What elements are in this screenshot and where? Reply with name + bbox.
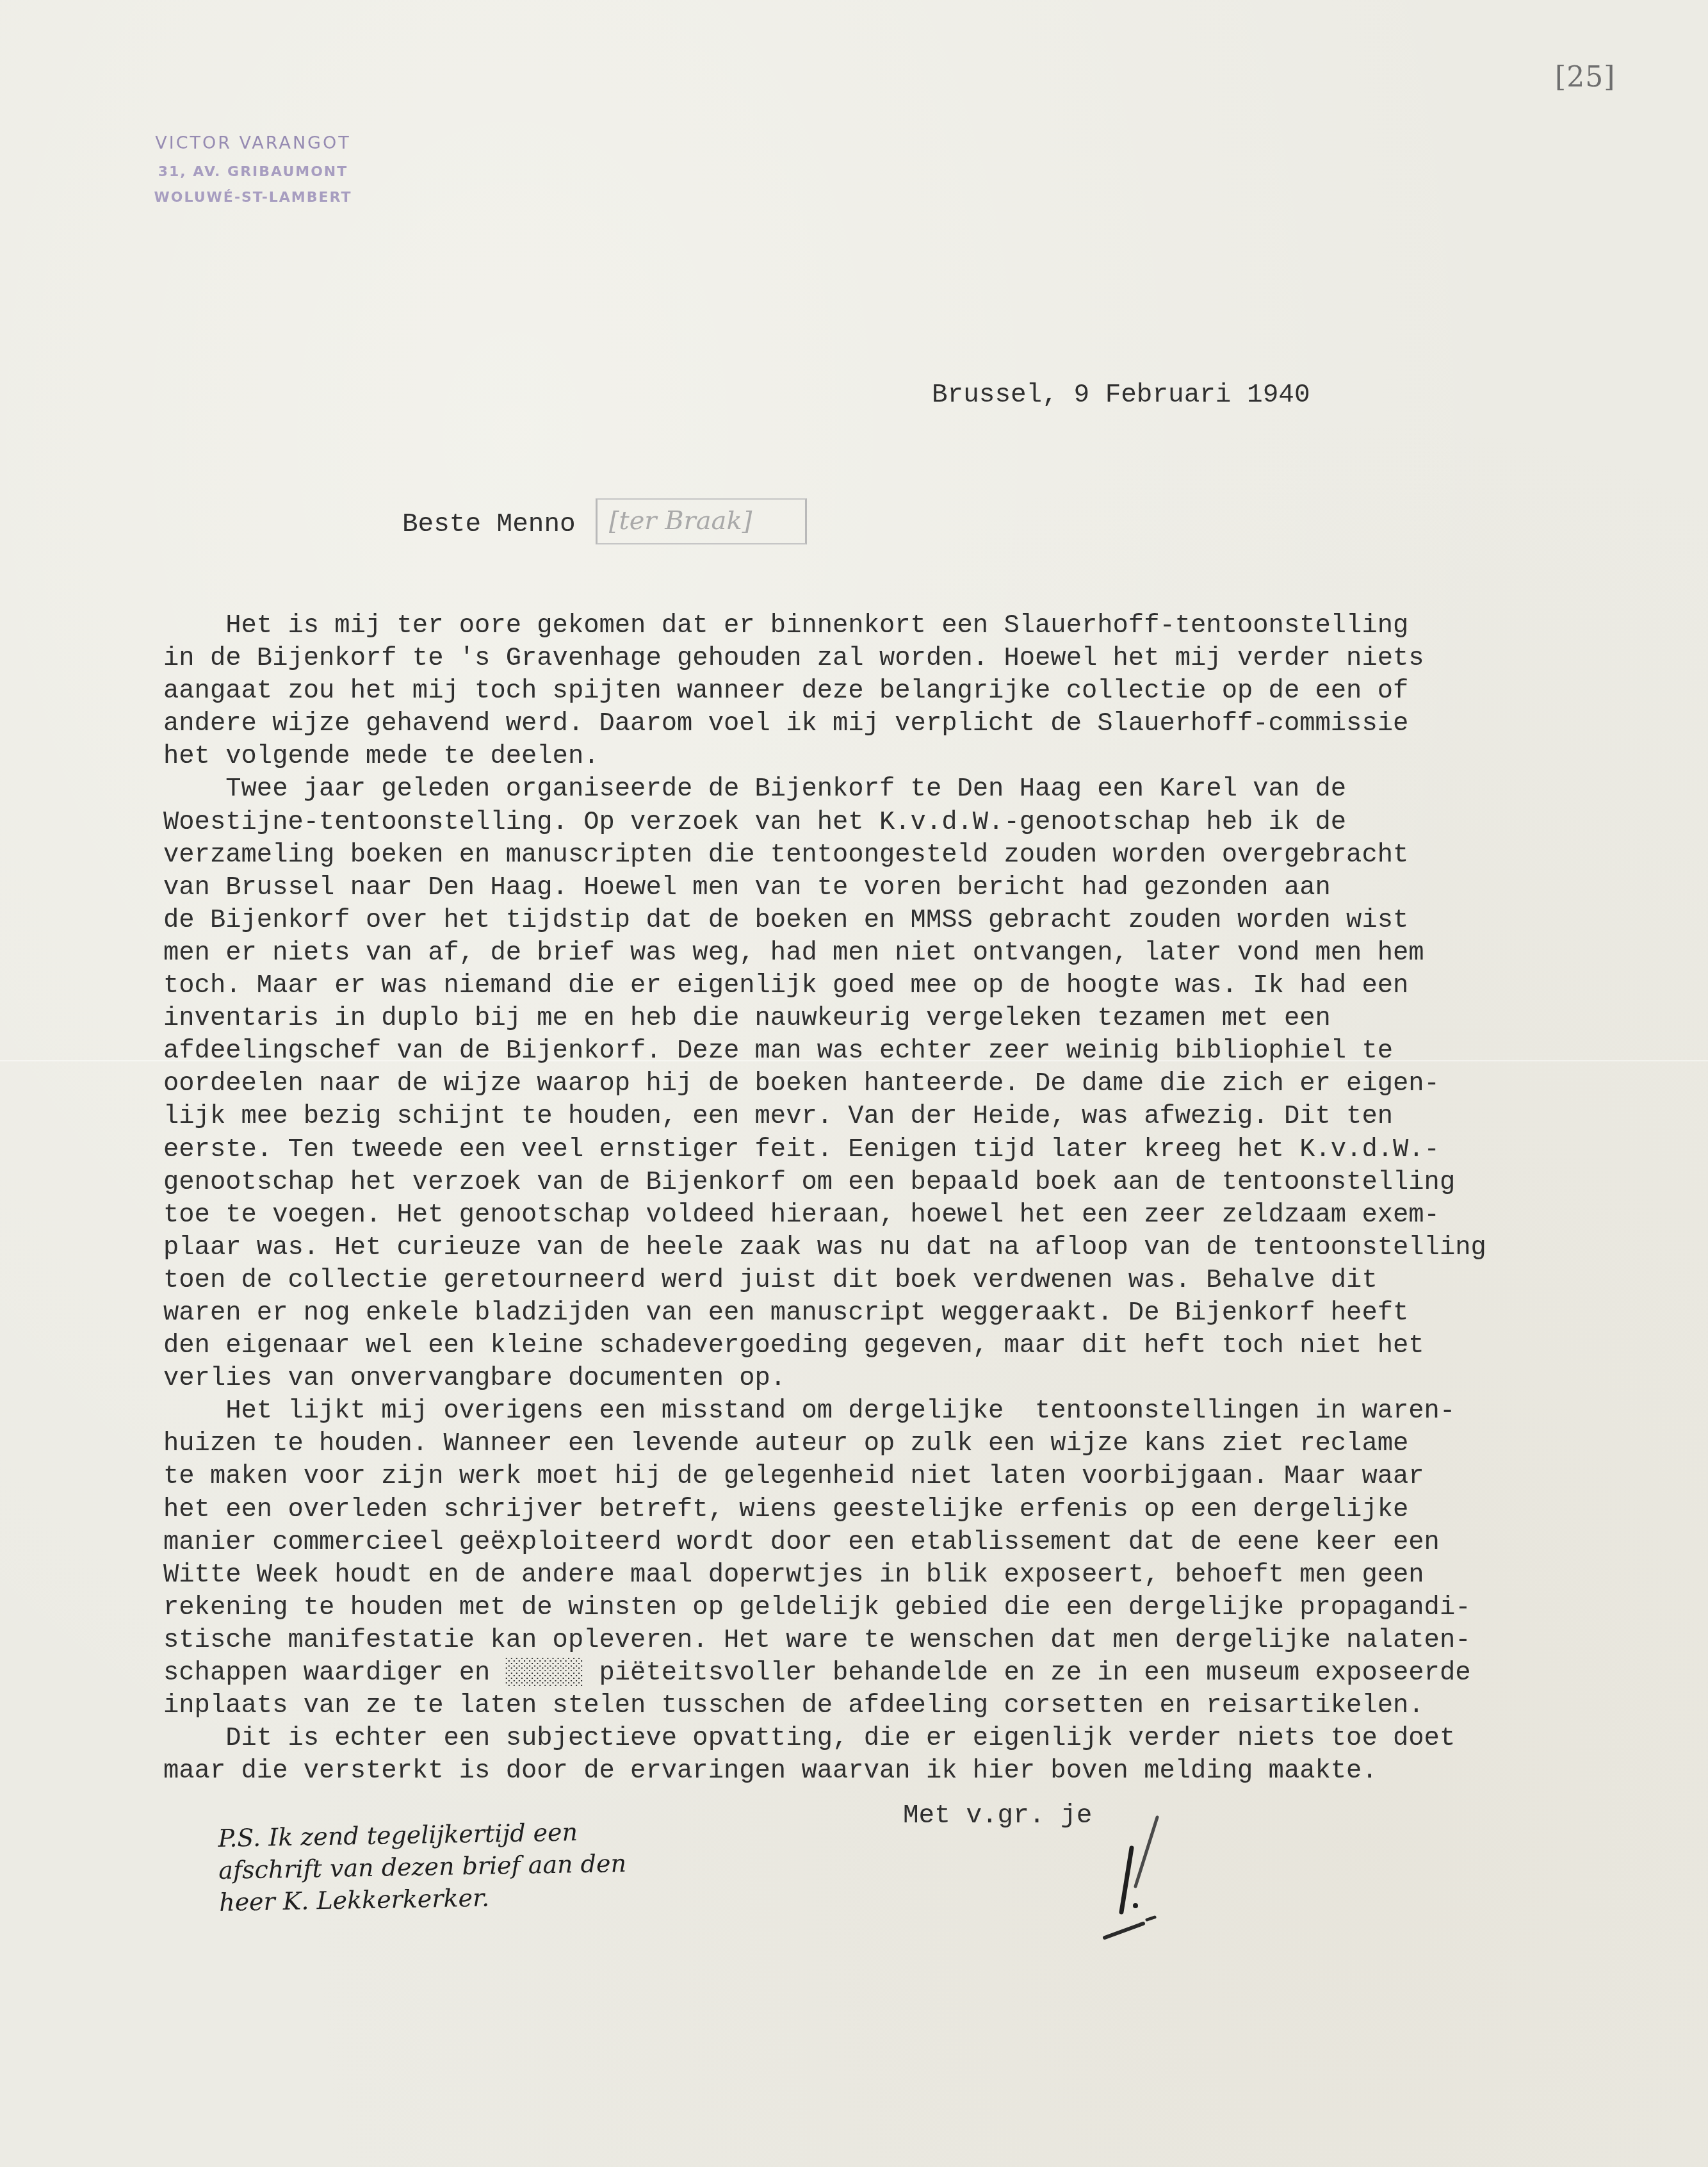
letterhead-address-2: WOLUWÉ-ST-LAMBERT [138,185,368,211]
body-line: inplaats van ze te laten stelen tusschen… [163,1690,1486,1722]
body-line: lijk mee bezig schijnt te houden, een me… [163,1100,1486,1133]
pencil-annotation: [ter Braak] [596,498,807,544]
body-line: het volgende mede te deelen. [163,740,1486,773]
body-line: inventaris in duplo bij me en heb die na… [163,1002,1486,1035]
letterhead-address-1: 31, AV. GRIBAUMONT [138,159,368,185]
body-line: toch. Maar er was niemand die er eigenli… [163,970,1486,1002]
postscript-line: heer K. Lekkerkerker. [219,1879,627,1918]
letterhead-stamp: VICTOR VARANGOT 31, AV. GRIBAUMONT WOLUW… [138,133,368,211]
body-line: het een overleden schrijver betreft, wie… [163,1494,1486,1526]
handwritten-postscript: P.S. Ik zend tegelijkertijd een afschrif… [218,1815,627,1918]
body-line: Het lijkt mij overigens een misstand om … [163,1395,1486,1428]
body-line: plaar was. Het curieuze van de heele zaa… [163,1232,1486,1264]
letterhead-name: VICTOR VARANGOT [138,133,368,153]
body-line: genootschap het verzoek van de Bijenkorf… [163,1166,1486,1199]
signature-mark-icon [1098,1810,1175,1944]
body-line: Woestijne-tentoonstelling. Op verzoek va… [163,806,1486,839]
body-line: aangaat zou het mij toch spijten wanneer… [163,675,1486,708]
body-line: manier commercieel geëxploiteerd wordt d… [163,1526,1486,1559]
body-line: toen de collectie geretourneerd werd jui… [163,1264,1486,1297]
body-line: toe te voegen. Het genootschap voldeed h… [163,1199,1486,1232]
body-line: huizen te houden. Wanneer een levende au… [163,1428,1486,1460]
body-line: Het is mij ter oore gekomen dat er binne… [163,610,1486,642]
salutation: Beste Menno [402,510,576,539]
body-line: Dit is echter een subjectieve opvatting,… [163,1722,1486,1755]
body-line: de Bijenkorf over het tijdstip dat de bo… [163,904,1486,937]
body-line: rekening te houden met de winsten op gel… [163,1592,1486,1624]
letter-body: Het is mij ter oore gekomen dat er binne… [163,610,1486,1788]
archive-number: [25] [1555,61,1615,94]
body-line: oordeelen naar de wijze waarop hij de bo… [163,1068,1486,1100]
body-line: Twee jaar geleden organiseerde de Bijenk… [163,773,1486,806]
body-line: afdeelingschef van de Bijenkorf. Deze ma… [163,1035,1486,1068]
body-line: eerste. Ten tweede een veel ernstiger fe… [163,1134,1486,1166]
body-line: maar die versterkt is door de ervaringen… [163,1755,1486,1788]
body-line: van Brussel naar Den Haag. Hoewel men va… [163,872,1486,904]
body-line: schappen waardiger en ░░░░░ piëteitsvoll… [163,1657,1486,1690]
closing: Met v.gr. je [903,1801,1092,1831]
pencil-annotation-text: [ter Braak] [609,506,752,536]
body-line: men er niets van af, de brief was weg, h… [163,937,1486,970]
body-line: te maken voor zijn werk moet hij de gele… [163,1460,1486,1493]
body-line: waren er nog enkele bladzijden van een m… [163,1297,1486,1330]
body-line: stische manifestatie kan opleveren. Het … [163,1624,1486,1657]
body-line: verzameling boeken en manuscripten die t… [163,839,1486,872]
body-line: in de Bijenkorf te 's Gravenhage gehoude… [163,642,1486,675]
letter-page: [25] VICTOR VARANGOT 31, AV. GRIBAUMONT … [0,0,1708,2167]
body-line: verlies van onvervangbare documenten op. [163,1362,1486,1395]
body-line: Witte Week houdt en de andere maal doper… [163,1559,1486,1592]
date-line: Brussel, 9 Februari 1940 [932,380,1310,410]
body-line: andere wijze gehavend werd. Daarom voel … [163,708,1486,740]
body-line: den eigenaar wel een kleine schadevergoe… [163,1330,1486,1362]
